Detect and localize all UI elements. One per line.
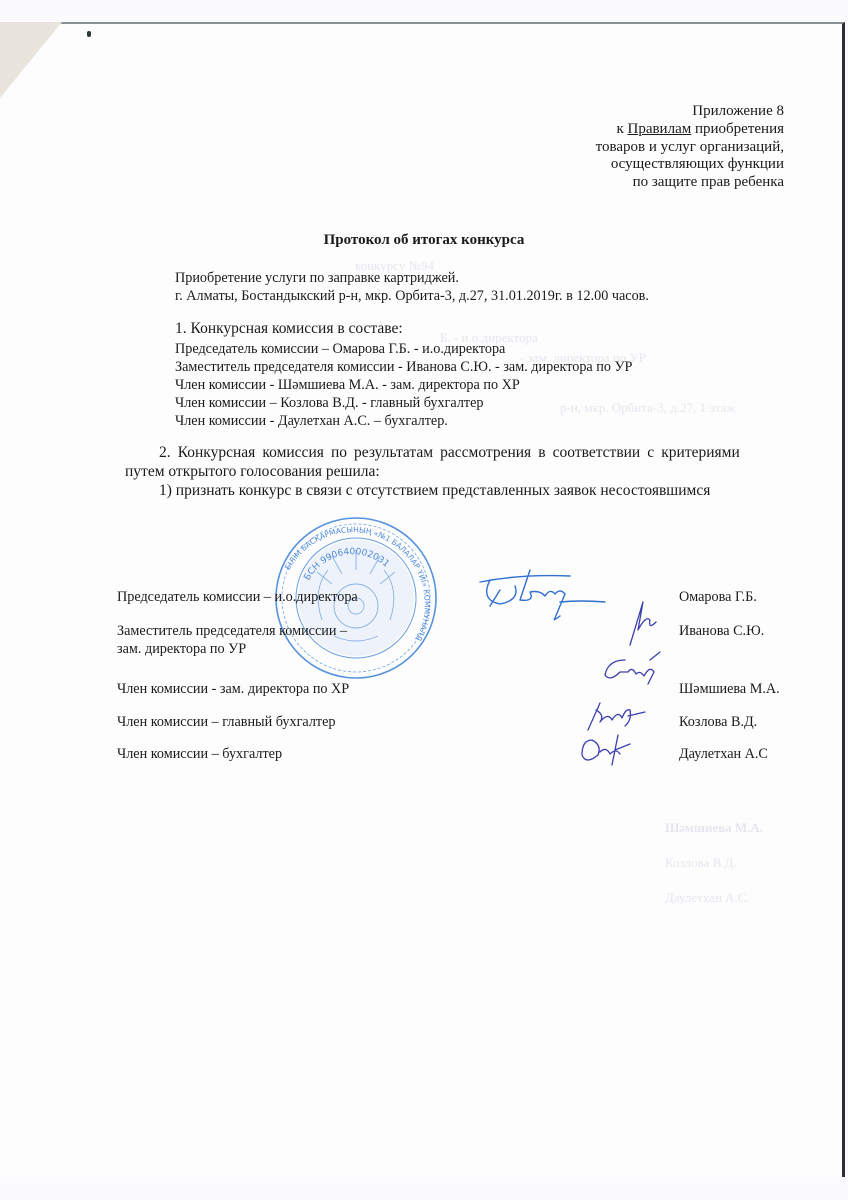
signature-role: Председатель комиссии – и.о.директора [117,588,358,606]
commission-member: Заместитель председателя комиссии - Иван… [175,358,632,376]
scan-margin-top [0,0,848,22]
scan-margin-bottom [0,1177,848,1200]
decision-paragraph-cont: путем открытого голосования решила: [125,463,380,481]
appendix-header: Приложение 8 к Правилам приобретения тов… [596,103,784,192]
rules-link[interactable]: Правилам [627,121,691,137]
commission-heading: 1. Конкурсная комиссия в составе: [175,320,403,338]
bleed-through-text: Шәмшиева М.А. [665,820,763,836]
bleed-through-text: Козлова В.Д. [665,855,737,871]
purchase-subject: Приобретение услуги по заправке картридж… [175,269,459,287]
decision-paragraph: 2. Конкурсная комиссия по результатам ра… [159,444,740,462]
decision-item: 1) признать конкурс в связи с отсутствие… [159,482,710,500]
commission-member: Член комиссии - Шәмшиева М.А. - зам. дир… [175,376,520,394]
signature-name: Иванова С.Ю. [679,622,764,640]
scan-speck [87,31,91,37]
appendix-line: осуществляющих функции [596,156,784,174]
appendix-line: по защите прав ребенка [596,174,784,192]
signature-name: Даулетхан А.С [679,745,768,763]
appendix-number: Приложение 8 [596,103,784,121]
signature-role: Член комиссии - зам. директора по ХР [117,680,349,698]
signature-name: Козлова В.Д. [679,713,757,731]
bleed-through-text: р-н, мкр. Орбита-3, д.27, 1 этаж [560,400,736,416]
signature-role: Заместитель председателя комиссии – [117,622,347,640]
commission-member: Председатель комиссии – Омарова Г.Б. - и… [175,340,505,358]
appendix-line: товаров и услуг организаций, [596,139,784,157]
appendix-rules-line: к Правилам приобретения [596,121,784,139]
signature-name: Омарова Г.Б. [679,588,757,606]
bleed-through-text: Даулетхан А.С. [665,890,750,906]
signature-role: Член комиссии – главный бухгалтер [117,713,335,731]
place-and-date: г. Алматы, Бостандыкский р-н, мкр. Орбит… [175,287,649,305]
handwritten-signatures [460,560,680,770]
signature-name: Шәмшиева М.А. [679,680,780,698]
signature-role-cont: зам. директора по УР [117,640,246,658]
commission-member: Член комиссии - Даулетхан А.С. – бухгалт… [175,412,448,430]
commission-member: Член комиссии – Козлова В.Д. - главный б… [175,394,484,412]
document-title: Протокол об итогах конкурса [0,232,848,249]
signature-role: Член комиссии – бухгалтер [117,745,282,763]
